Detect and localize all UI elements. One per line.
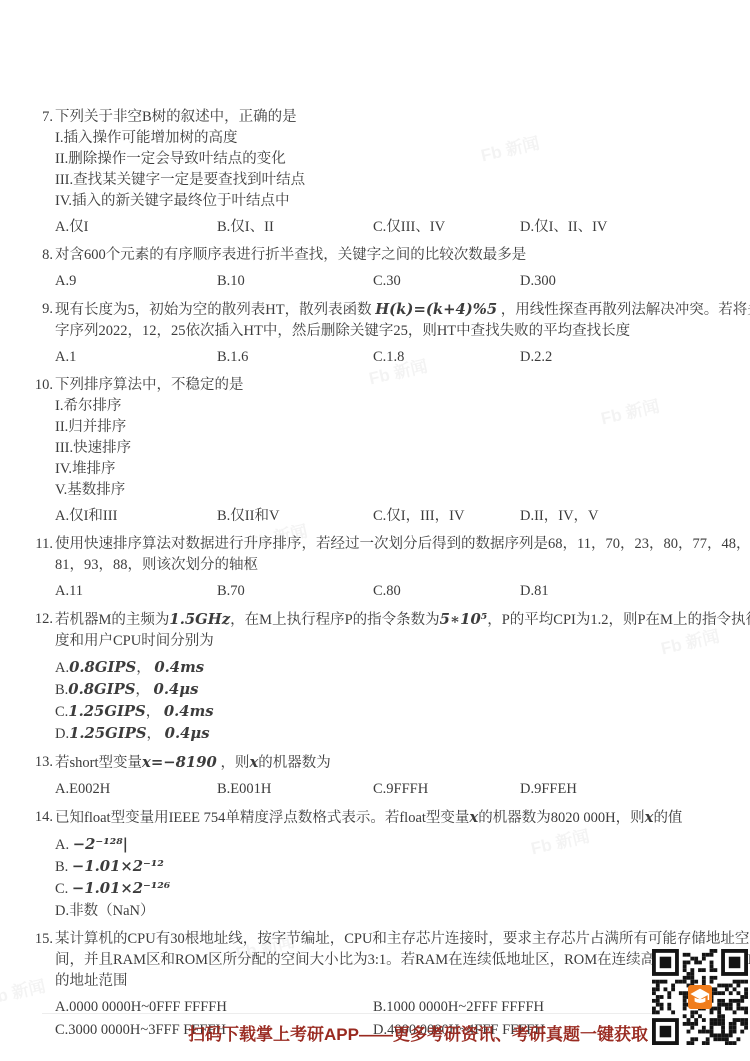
options-row: A.11 B.70 C.80 D.81 bbox=[55, 581, 750, 602]
option-b: B. −1.01×2⁻¹² bbox=[55, 856, 750, 878]
text-segment: 某计算机的CPU有30根地址线，按字节编址，CPU和主存芯片连接时，要求主存芯片… bbox=[55, 931, 749, 947]
text-segment: A.1 bbox=[55, 349, 76, 365]
math-segment: 0.4ms bbox=[164, 703, 214, 720]
statement-item: III.查找某关键字一定是要查找到叶结点 bbox=[55, 170, 750, 191]
math-segment: −2⁻¹²⁸| bbox=[73, 836, 128, 853]
text-segment: I.插入操作可能增加树的高度 bbox=[55, 130, 237, 146]
question-stem-line: 的地址范围 bbox=[55, 971, 750, 992]
text-segment: C.仅I，III，IV bbox=[373, 508, 464, 524]
option-c: C.9FFFH bbox=[373, 779, 520, 800]
question-14: 14. 已知float型变量用IEEE 754单精度浮点数格式表示。若float… bbox=[0, 807, 750, 922]
math-segment: 0.8GIPS bbox=[69, 659, 136, 676]
text-segment: 字序列2022，12，25依次插入HT中，然后删除关键字25，则HT中查找失败的… bbox=[55, 323, 630, 339]
options-row: A.E002H B.E001H C.9FFFH D.9FFEH bbox=[55, 779, 750, 800]
math-segment: 1.25GIPS bbox=[69, 725, 146, 742]
math-segment: −1.01×2⁻¹²⁶ bbox=[72, 880, 170, 897]
math-segment: −1.01×2⁻¹² bbox=[72, 858, 164, 875]
text-segment: II.删除操作一定会导致叶结点的变化 bbox=[55, 151, 286, 167]
text-segment: A.仅I和III bbox=[55, 508, 117, 524]
question-stem-line: 使用快速排序算法对数据进行升序排序，若经过一次划分后得到的数据序列是68，11，… bbox=[55, 534, 750, 555]
question-stem-line: 若机器M的主频为1.5GHz，在M上执行程序P的指令条数为5∗10⁵，P的平均C… bbox=[55, 609, 750, 631]
text-segment: D.300 bbox=[520, 273, 556, 289]
text-segment: B. bbox=[55, 682, 68, 698]
option-d: D.300 bbox=[520, 271, 750, 292]
option-b: B.0.8GIPS， 0.4μs bbox=[55, 679, 750, 701]
exam-page: 7. 下列关于非空B树的叙述中，正确的是 I.插入操作可能增加树的高度 II.删… bbox=[0, 0, 750, 1061]
question-stem-line: 间，并且RAM区和ROM区所分配的空间大小比为3:1。若RAM在连续低地址区，R… bbox=[55, 950, 750, 971]
text-segment: 间，并且RAM区和ROM区所分配的空间大小比为3:1。若RAM在连续低地址区，R… bbox=[55, 952, 750, 968]
option-d: D.81 bbox=[520, 581, 750, 602]
text-segment: 81，93，88，则该次划分的轴枢 bbox=[55, 557, 258, 573]
text-segment: B.仅II和V bbox=[217, 508, 279, 524]
option-c: C.1.8 bbox=[373, 347, 520, 368]
statement-item: III.快速排序 bbox=[55, 438, 750, 459]
text-segment: D.II，IV，V bbox=[520, 508, 599, 524]
question-11: 11. 使用快速排序算法对数据进行升序排序，若经过一次划分后得到的数据序列是68… bbox=[0, 534, 750, 602]
question-number: 14. bbox=[0, 807, 53, 828]
question-number: 10. bbox=[0, 375, 53, 396]
question-number: 13. bbox=[0, 752, 53, 773]
text-segment: A.9 bbox=[55, 273, 76, 289]
text-segment: 若机器M的主频为 bbox=[55, 612, 169, 628]
option-a: A.仅I和III bbox=[55, 506, 217, 527]
option-a: A.9 bbox=[55, 271, 217, 292]
option-b: B.1.6 bbox=[217, 347, 373, 368]
option-d: D.非数（NaN） bbox=[55, 900, 750, 922]
option-b: B.仅II和V bbox=[217, 506, 373, 527]
text-segment: ， bbox=[146, 704, 164, 720]
math-segment: 5∗10⁵ bbox=[440, 611, 488, 628]
option-a: A. −2⁻¹²⁸| bbox=[55, 834, 750, 856]
question-9: 9. 现有长度为5，初始为空的散列表HT，散列表函数 H(k)=(k+4)%5 … bbox=[0, 299, 750, 368]
question-stem-line: 字序列2022，12，25依次插入HT中，然后删除关键字25，则HT中查找失败的… bbox=[55, 321, 750, 342]
option-a: A.11 bbox=[55, 581, 217, 602]
option-d: D.II，IV，V bbox=[520, 506, 750, 527]
question-stem-line: 81，93，88，则该次划分的轴枢 bbox=[55, 555, 750, 576]
text-segment: B.仅I、II bbox=[217, 219, 274, 235]
math-segment: 0.4μs bbox=[154, 681, 199, 698]
text-segment: I.希尔排序 bbox=[55, 398, 121, 414]
option-d: D.仅I、II、IV bbox=[520, 217, 750, 238]
option-d: D.9FFEH bbox=[520, 779, 750, 800]
option-c: C. −1.01×2⁻¹²⁶ bbox=[55, 878, 750, 900]
question-stem-line: 度和用户CPU时间分别为 bbox=[55, 631, 750, 652]
text-segment: 使用快速排序算法对数据进行升序排序，若经过一次划分后得到的数据序列是68，11，… bbox=[55, 536, 750, 552]
text-segment: D.9FFEH bbox=[520, 781, 577, 797]
math-segment: 0.8GIPS bbox=[68, 681, 135, 698]
math-segment: 1.5GHz bbox=[169, 611, 230, 628]
option-b: B.70 bbox=[217, 581, 373, 602]
math-segment: 0.4μs bbox=[165, 725, 210, 742]
question-stem-line: 现有长度为5，初始为空的散列表HT，散列表函数 H(k)=(k+4)%5 ，用线… bbox=[55, 299, 750, 321]
question-13: 13. 若short型变量x=−8190 ，则x的机器数为 A.E002H B.… bbox=[0, 752, 750, 800]
text-segment: B.1.6 bbox=[217, 349, 248, 365]
text-segment: 对含600个元素的有序顺序表进行折半查找，关键字之间的比较次数最多是 bbox=[55, 247, 526, 263]
text-segment: C.30 bbox=[373, 273, 401, 289]
text-segment: B.10 bbox=[217, 273, 245, 289]
text-segment: 现有长度为5，初始为空的散列表HT，散列表函数 bbox=[55, 302, 375, 318]
question-10: 10. 下列排序算法中，不稳定的是 I.希尔排序 II.归并排序 III.快速排… bbox=[0, 375, 750, 527]
text-segment: D.2.2 bbox=[520, 349, 552, 365]
footer-banner-text: 扫码下载掌上考研APP——更多考研资讯、考研真题一键获取 bbox=[188, 1020, 648, 1045]
options-list: A. −2⁻¹²⁸| B. −1.01×2⁻¹² C. −1.01×2⁻¹²⁶ … bbox=[55, 834, 750, 922]
option-b: B.E001H bbox=[217, 779, 373, 800]
option-b: B.仅I、II bbox=[217, 217, 373, 238]
text-segment: III.快速排序 bbox=[55, 440, 131, 456]
option-a: A.E002H bbox=[55, 779, 217, 800]
options-row: A.仅I B.仅I、II C.仅III、IV D.仅I、II、IV bbox=[55, 217, 750, 238]
option-c: C.30 bbox=[373, 271, 520, 292]
question-number: 11. bbox=[0, 534, 53, 555]
question-stem-line: 下列关于非空B树的叙述中，正确的是 bbox=[55, 107, 750, 128]
question-stem-line: 某计算机的CPU有30根地址线，按字节编址，CPU和主存芯片连接时，要求主存芯片… bbox=[55, 929, 750, 950]
question-8: 8. 对含600个元素的有序顺序表进行折半查找，关键字之间的比较次数最多是 A.… bbox=[0, 245, 750, 292]
question-number: 7. bbox=[0, 107, 53, 128]
option-a: A.0.8GIPS， 0.4ms bbox=[55, 657, 750, 679]
qr-logo-graduation-cap-icon bbox=[688, 985, 712, 1009]
text-segment: C. bbox=[55, 881, 72, 897]
text-segment: 已知float型变量用IEEE 754单精度浮点数格式表示。若float型变量 bbox=[55, 810, 469, 826]
text-segment: A.仅I bbox=[55, 219, 88, 235]
statement-item: V.基数排序 bbox=[55, 480, 750, 501]
question-number: 15. bbox=[0, 929, 53, 950]
text-segment: 的值 bbox=[653, 810, 682, 826]
text-segment: A.11 bbox=[55, 583, 83, 599]
text-segment: C.仅III、IV bbox=[373, 219, 445, 235]
option-a: A.仅I bbox=[55, 217, 217, 238]
text-segment: A. bbox=[55, 660, 69, 676]
text-segment: ，用线性探查再散列法解决冲突。若将关键 bbox=[497, 302, 750, 318]
question-stem-line: 已知float型变量用IEEE 754单精度浮点数格式表示。若float型变量x… bbox=[55, 807, 750, 829]
text-segment: A.E002H bbox=[55, 781, 110, 797]
option-c: C.80 bbox=[373, 581, 520, 602]
question-7: 7. 下列关于非空B树的叙述中，正确的是 I.插入操作可能增加树的高度 II.删… bbox=[0, 107, 750, 238]
options-row: A.9 B.10 C.30 D.300 bbox=[55, 271, 750, 292]
question-number: 12. bbox=[0, 609, 53, 630]
text-segment: 若short型变量 bbox=[55, 755, 142, 771]
text-segment: ， bbox=[147, 726, 165, 742]
text-segment: 度和用户CPU时间分别为 bbox=[55, 633, 214, 649]
text-segment: 的机器数为8020 000H，则 bbox=[478, 810, 644, 826]
math-segment: x bbox=[469, 809, 478, 826]
text-segment: III.查找某关键字一定是要查找到叶结点 bbox=[55, 172, 305, 188]
text-segment: ， bbox=[136, 660, 154, 676]
text-segment: C. bbox=[55, 704, 68, 720]
text-segment: ，则 bbox=[217, 755, 250, 771]
question-12: 12. 若机器M的主频为1.5GHz，在M上执行程序P的指令条数为5∗10⁵，P… bbox=[0, 609, 750, 745]
math-segment: x bbox=[249, 754, 258, 771]
option-a: A.0000 0000H~0FFF FFFFH bbox=[55, 997, 373, 1018]
option-d: D.1.25GIPS， 0.4μs bbox=[55, 723, 750, 745]
text-segment: V.基数排序 bbox=[55, 482, 125, 498]
math-segment: x=−8190 bbox=[142, 754, 217, 771]
text-segment: C.1.8 bbox=[373, 349, 404, 365]
text-segment: C.80 bbox=[373, 583, 401, 599]
question-stem-line: 下列排序算法中，不稳定的是 bbox=[55, 375, 750, 396]
footer-divider bbox=[42, 1013, 742, 1014]
question-stem-line: 若short型变量x=−8190 ，则x的机器数为 bbox=[55, 752, 750, 774]
text-segment: A. bbox=[55, 837, 73, 853]
statement-item: IV.插入的新关键字最终位于叶结点中 bbox=[55, 191, 750, 212]
text-segment: IV.插入的新关键字最终位于叶结点中 bbox=[55, 193, 290, 209]
text-segment: ，在M上执行程序P的指令条数为 bbox=[230, 612, 439, 628]
option-d: D.2.2 bbox=[520, 347, 750, 368]
options-row: A.仅I和III B.仅II和V C.仅I，III，IV D.II，IV，V bbox=[55, 506, 750, 527]
text-segment: 下列排序算法中，不稳定的是 bbox=[55, 377, 244, 393]
option-a: A.1 bbox=[55, 347, 217, 368]
option-c: C.仅I，III，IV bbox=[373, 506, 520, 527]
text-segment: D.81 bbox=[520, 583, 549, 599]
statement-item: II.归并排序 bbox=[55, 417, 750, 438]
text-segment: C.9FFFH bbox=[373, 781, 428, 797]
math-segment: 1.25GIPS bbox=[68, 703, 145, 720]
question-stem-line: 对含600个元素的有序顺序表进行折半查找，关键字之间的比较次数最多是 bbox=[55, 245, 750, 266]
text-segment: IV.堆排序 bbox=[55, 461, 116, 477]
text-segment: 的地址范围 bbox=[55, 973, 128, 989]
option-c: C.仅III、IV bbox=[373, 217, 520, 238]
options-row: A.1 B.1.6 C.1.8 D.2.2 bbox=[55, 347, 750, 368]
qr-code bbox=[652, 949, 748, 1045]
text-segment: B.E001H bbox=[217, 781, 271, 797]
option-b: B.10 bbox=[217, 271, 373, 292]
text-segment: D. bbox=[55, 726, 69, 742]
statement-item: I.插入操作可能增加树的高度 bbox=[55, 128, 750, 149]
text-segment: ， bbox=[135, 682, 153, 698]
text-segment: D.非数（NaN） bbox=[55, 903, 154, 919]
question-number: 9. bbox=[0, 299, 53, 320]
questions-area: 7. 下列关于非空B树的叙述中，正确的是 I.插入操作可能增加树的高度 II.删… bbox=[0, 107, 750, 1048]
statement-item: I.希尔排序 bbox=[55, 396, 750, 417]
text-segment: II.归并排序 bbox=[55, 419, 126, 435]
text-segment: B.70 bbox=[217, 583, 245, 599]
math-segment: H(k)=(k+4)%5 bbox=[375, 301, 497, 318]
text-segment: 下列关于非空B树的叙述中，正确的是 bbox=[55, 109, 297, 125]
text-segment: ，P的平均CPI为1.2，则P在M上的指令执行速 bbox=[487, 612, 750, 628]
statement-item: IV.堆排序 bbox=[55, 459, 750, 480]
question-number: 8. bbox=[0, 245, 53, 266]
options-list: A.0.8GIPS， 0.4ms B.0.8GIPS， 0.4μs C.1.25… bbox=[55, 657, 750, 745]
text-segment: B. bbox=[55, 859, 72, 875]
option-c: C.1.25GIPS， 0.4ms bbox=[55, 701, 750, 723]
text-segment: 的机器数为 bbox=[258, 755, 331, 771]
math-segment: 0.4ms bbox=[154, 659, 204, 676]
text-segment: D.仅I、II、IV bbox=[520, 219, 607, 235]
statement-item: II.删除操作一定会导致叶结点的变化 bbox=[55, 149, 750, 170]
